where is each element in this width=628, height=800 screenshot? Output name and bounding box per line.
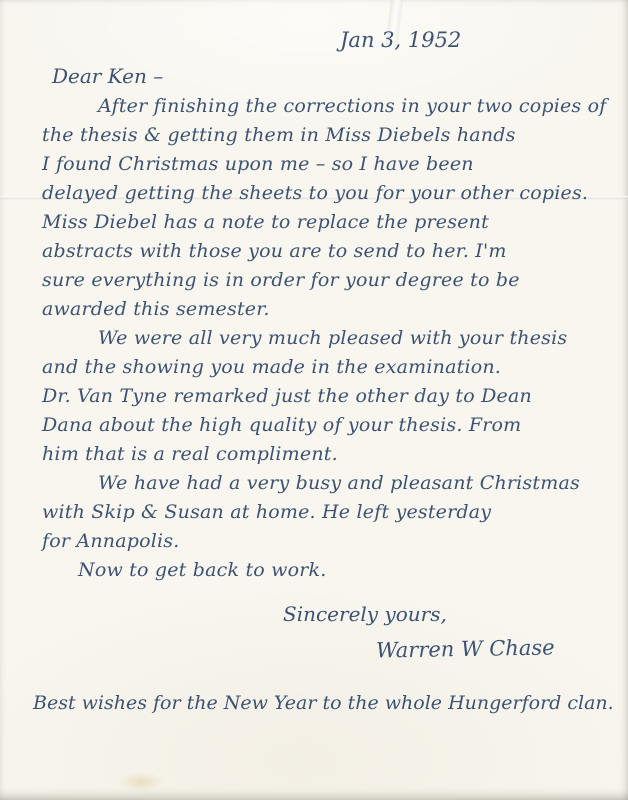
- letter-line: abstracts with those you are to send to …: [42, 237, 612, 266]
- letter-line: Now to get back to work.: [42, 556, 612, 585]
- letter-line: We were all very much pleased with your …: [42, 324, 612, 353]
- letter-salutation: Dear Ken –: [52, 64, 163, 88]
- letter-line: him that is a real compliment.: [42, 440, 612, 469]
- letter-scan: Jan 3, 1952 Dear Ken – After finishing t…: [0, 0, 628, 800]
- letter-line: sure everything is in order for your deg…: [42, 266, 612, 295]
- letter-closing: Sincerely yours,: [283, 602, 447, 626]
- signature: Warren W Chase: [376, 635, 555, 662]
- letter-line: Miss Diebel has a note to replace the pr…: [42, 208, 612, 237]
- letter-line: delayed getting the sheets to you for yo…: [42, 179, 612, 208]
- letter-line: for Annapolis.: [42, 527, 612, 556]
- letter-postscript: Best wishes for the New Year to the whol…: [33, 692, 614, 714]
- letter-line: and the showing you made in the examinat…: [42, 353, 612, 382]
- letter-line: awarded this semester.: [42, 295, 612, 324]
- letter-line: We have had a very busy and pleasant Chr…: [42, 469, 612, 498]
- letter-line: with Skip & Susan at home. He left yeste…: [42, 498, 612, 527]
- letter-line: Dr. Van Tyne remarked just the other day…: [42, 382, 612, 411]
- letter-body: After finishing the corrections in your …: [42, 92, 612, 585]
- letter-date: Jan 3, 1952: [340, 28, 461, 52]
- letter-line: Dana about the high quality of your thes…: [42, 411, 612, 440]
- letter-line: I found Christmas upon me – so I have be…: [42, 150, 612, 179]
- letter-line: After finishing the corrections in your …: [42, 92, 612, 121]
- paper-stain: [118, 772, 164, 792]
- letter-line: the thesis & getting them in Miss Diebel…: [42, 121, 612, 150]
